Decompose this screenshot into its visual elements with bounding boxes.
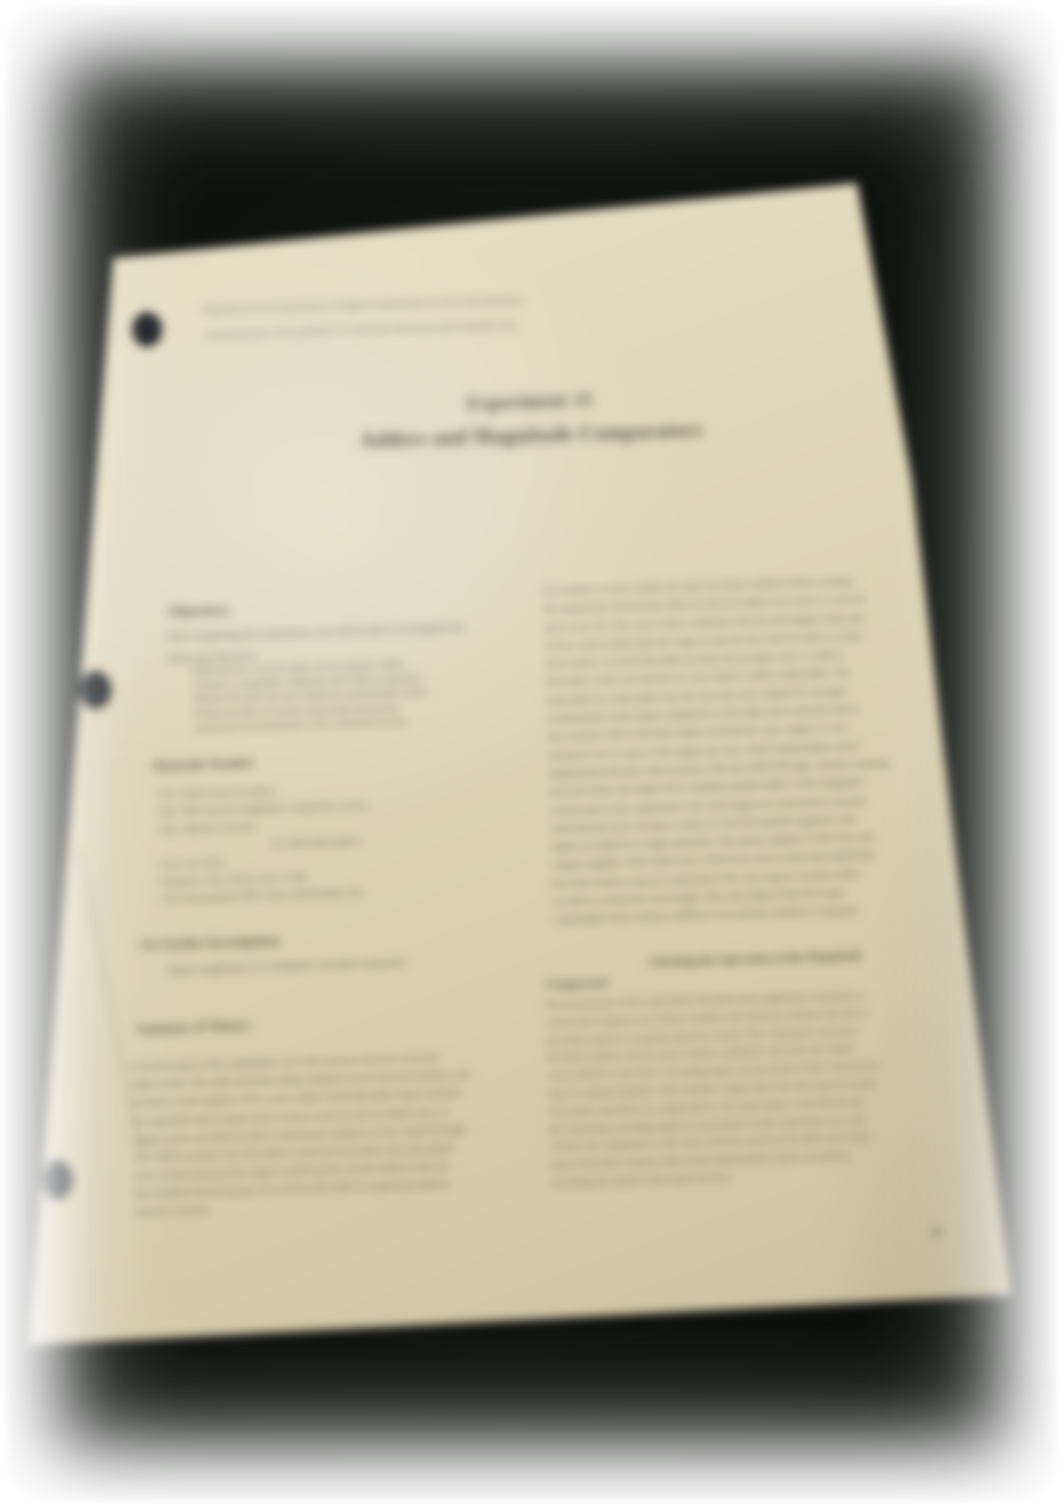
summary-of-theory-heading: Summary of Theory: bbox=[136, 1017, 253, 1037]
experiment-name: Adders and Magnitude Comparators bbox=[296, 415, 767, 455]
comparator-paragraph: The second part of the experiment introd… bbox=[545, 987, 883, 1193]
comparator-subheading: Checking the Operation of the Magnitude … bbox=[545, 946, 863, 994]
photo-frame: Reproduced from Experiments in Digital F… bbox=[0, 0, 1062, 1506]
materials-heading: Materials Needed: bbox=[152, 755, 255, 774]
theory-paragraph-right: It is useful to review briefly the rules… bbox=[543, 571, 894, 929]
objectives-heading: Objectives: bbox=[168, 602, 231, 620]
page-number: 15 bbox=[930, 1225, 942, 1240]
further-investigation-text: Report suggestions for testing the casca… bbox=[168, 957, 407, 976]
further-investigation-heading: For Further Investigation: bbox=[140, 934, 282, 953]
summary-paragraph: In the first part of this experiment, yo… bbox=[130, 1047, 474, 1221]
objectives-list: Build and test a four-bit adder circuit … bbox=[192, 658, 429, 736]
materials-list: Two 7483A four-bit addersOne 7485 four-b… bbox=[158, 780, 370, 908]
photo-scene: Reproduced from Experiments in Digital F… bbox=[0, 0, 1062, 1506]
hole-punch-bottom bbox=[42, 1160, 72, 1200]
experiment-number: Experiment 15 bbox=[295, 384, 765, 421]
hole-punch-middle bbox=[79, 671, 111, 709]
hole-punch-top bbox=[132, 312, 162, 347]
header-text: Reproduced from Experiments in Digital F… bbox=[203, 288, 525, 348]
experiment-title: Experiment 15 Adders and Magnitude Compa… bbox=[295, 384, 767, 455]
